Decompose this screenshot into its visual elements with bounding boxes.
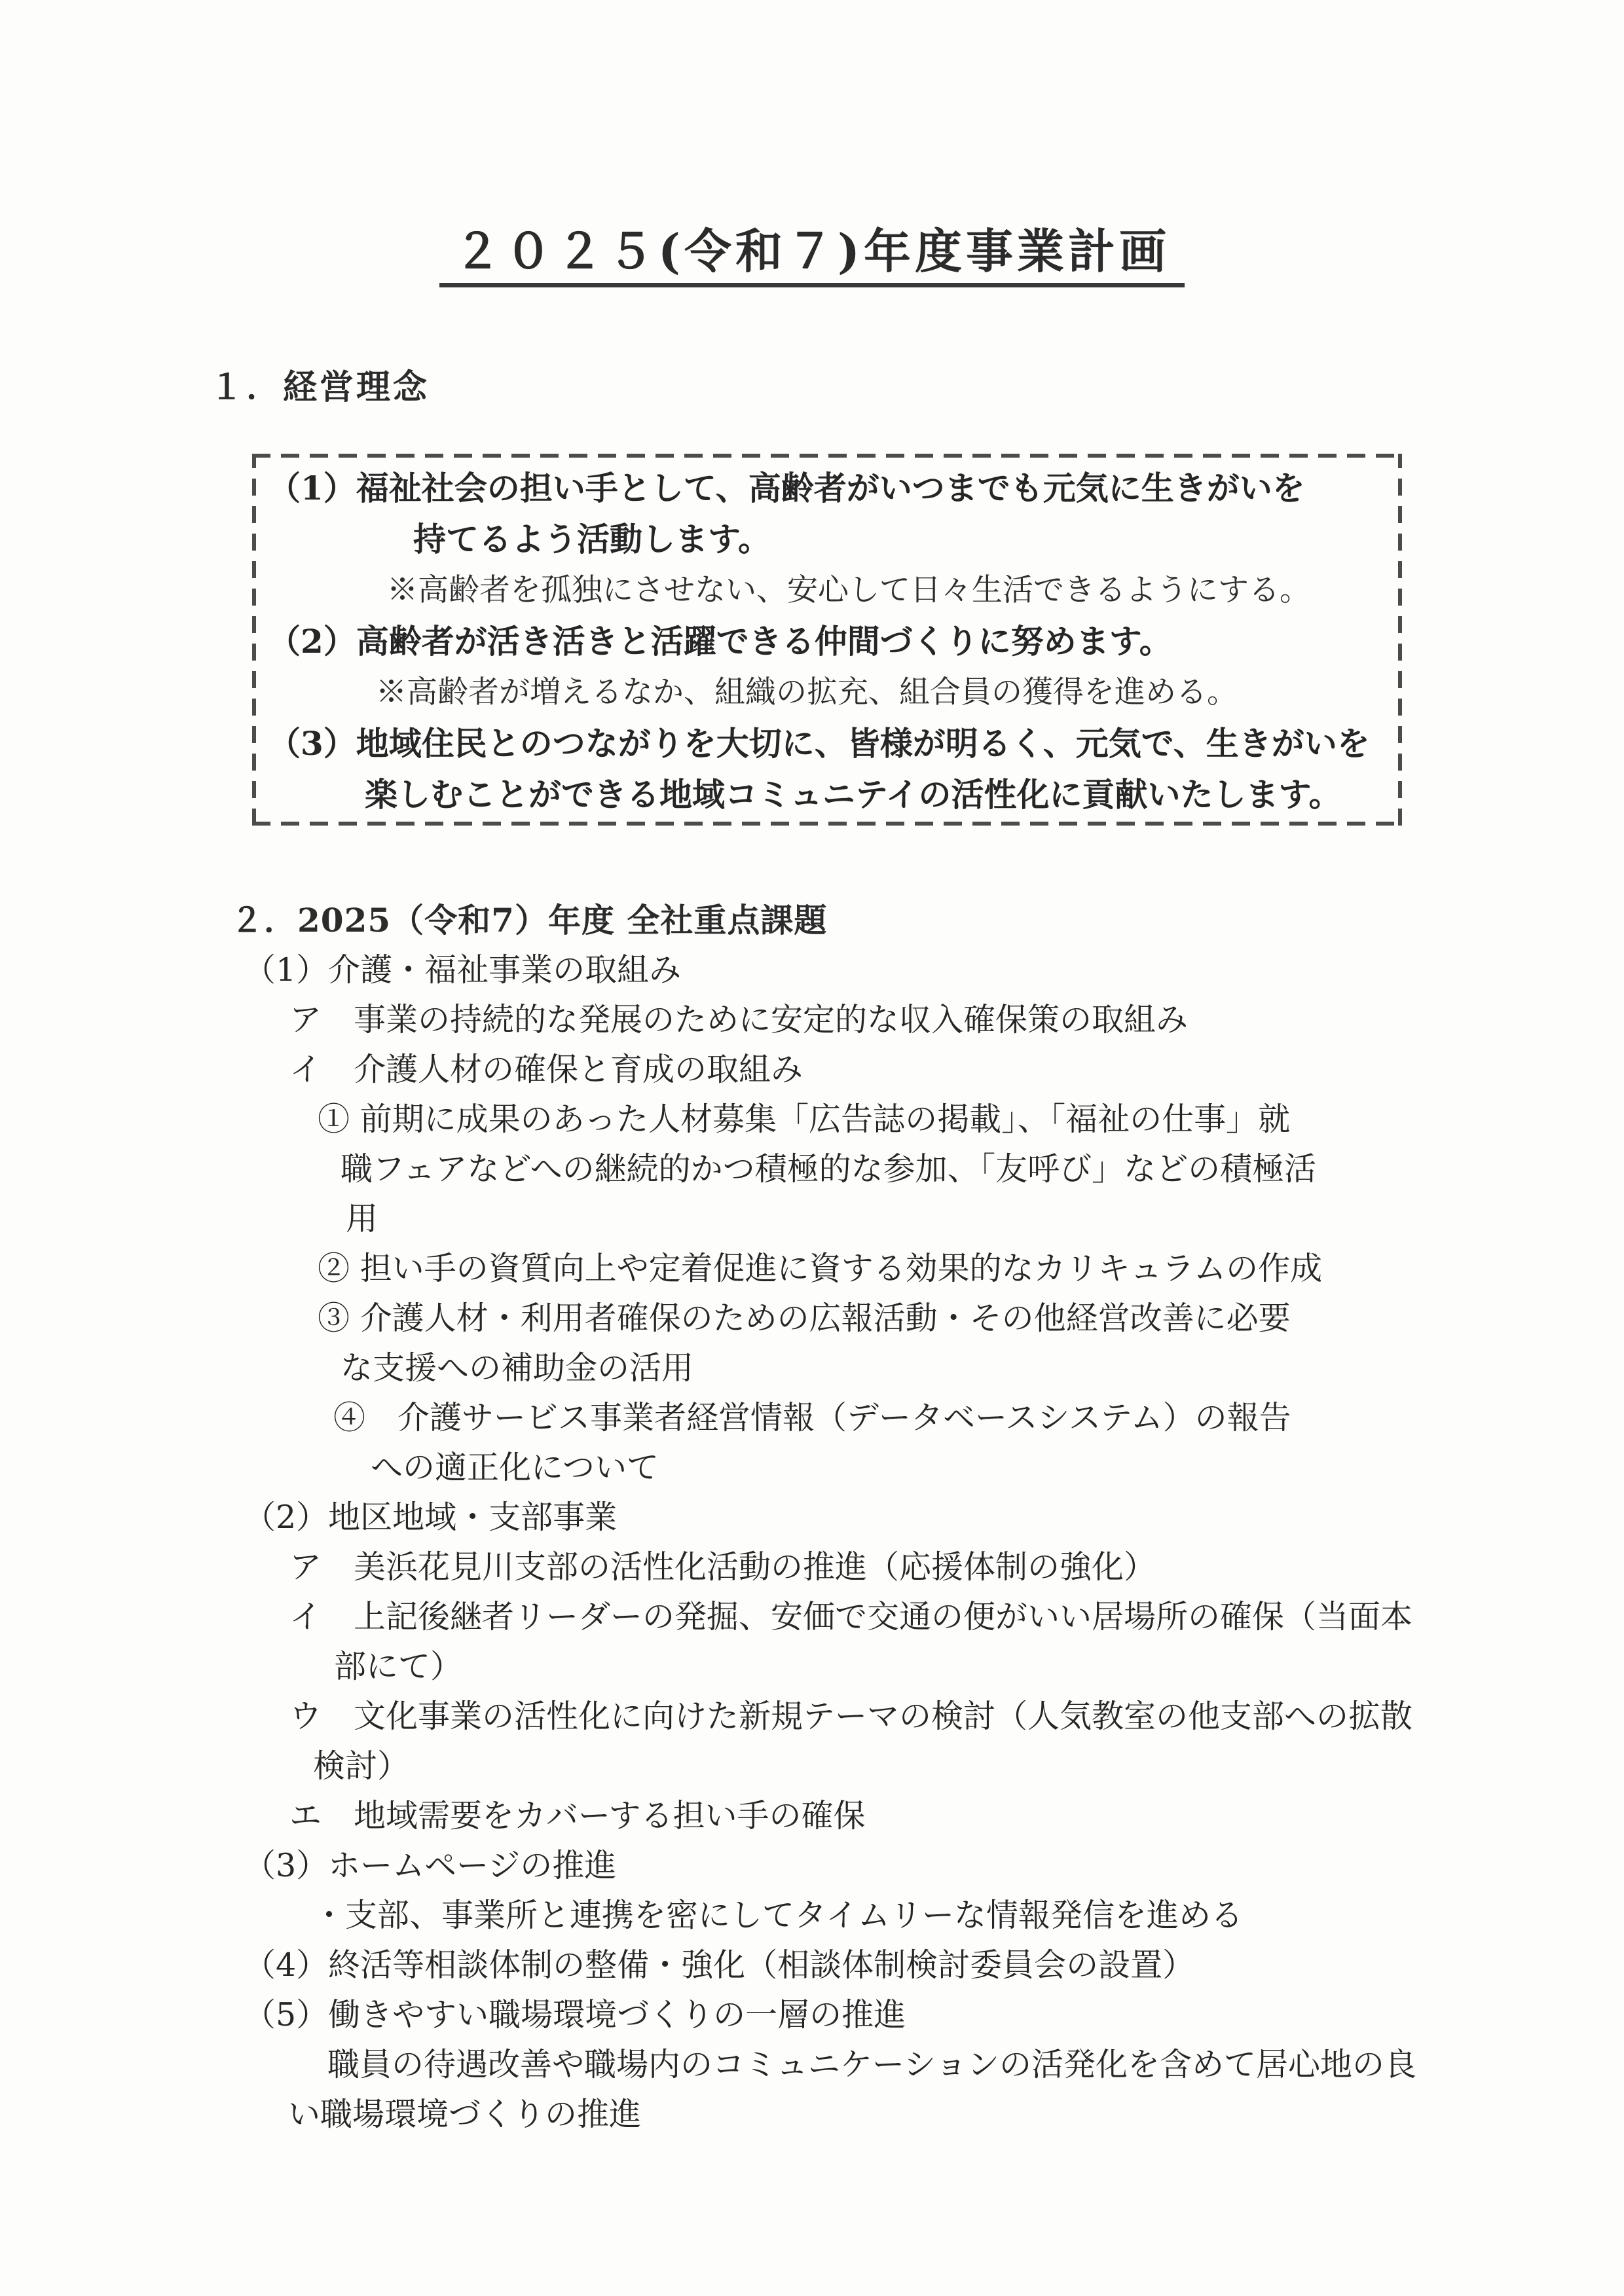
- principle-note: ※高齢者を孤独にさせない、安心して日々生活できるようにする。: [387, 565, 1402, 616]
- principle-line-wrap: 楽しむことができる地域コミュニテイの活性化に貢献いたします。: [365, 769, 1402, 820]
- plan-line: （1）介護・福祉事業の取組み: [244, 945, 1624, 995]
- plan-line-wrap: 職フェアなどへの継続的かつ積極的な参加、「友呼び」などの積極活: [341, 1144, 1624, 1194]
- section1-heading: １．経営理念: [210, 371, 430, 405]
- plan-line-wrap: 職員の待遇改善や職場内のコミュニケーションの活発化を含めて居心地の良: [327, 2040, 1624, 2090]
- principle-line: （3）地域住民とのつながりを大切に、皆様が明るく、元気で、生きがいを: [268, 718, 1402, 769]
- plan-line-wrap: 部にて）: [334, 1642, 1624, 1692]
- plan-line: ア 事業の持続的な発展のために安定的な収入確保策の取組み: [289, 995, 1624, 1045]
- principle-line-wrap: 持てるよう活動します。: [413, 514, 1402, 565]
- plan-line-wrap: ・支部、事業所と連携を密にしてタイムリーな情報発信を進める: [313, 1891, 1624, 1941]
- plan-line: ④ 介護サービス事業者経営情報（データベースシステム）の報告: [333, 1393, 1624, 1443]
- management-principles-box: （1）福祉社会の担い手として、高齢者がいつまでも元気に生きがいを 持てるよう活動…: [252, 454, 1402, 826]
- section2-heading: ２．2025（令和7）年度 全社重点課題: [231, 896, 1624, 945]
- plan-line-wrap: い職場環境づくりの推進: [288, 2090, 1624, 2140]
- plan-line: ③ 介護人材・利用者確保のための広報活動・その他経営改善に必要: [318, 1294, 1624, 1343]
- document-title: ２０２５(令和７)年度事業計画: [439, 228, 1185, 287]
- plan-line: ウ 文化事業の活性化に向けた新規テーマの検討（人気教室の他支部への拡散: [289, 1692, 1624, 1741]
- scanned-document-page: ２０２５(令和７)年度事業計画 １．経営理念 （1）福祉社会の担い手として、高齢…: [0, 0, 1624, 2296]
- plan-line: （2）地区地域・支部事業: [244, 1493, 1624, 1542]
- plan-line-wrap: 検討）: [313, 1741, 1624, 1791]
- principle-line: （1）福祉社会の担い手として、高齢者がいつまでも元気に生きがいを: [268, 463, 1402, 514]
- principle-line: （2）高齢者が活き活きと活躍できる仲間づくりに努めます。: [268, 616, 1402, 667]
- plan-line-wrap: な支援への補助金の活用: [341, 1343, 1624, 1393]
- plan-line: ア 美浜花見川支部の活性化活動の推進（応援体制の強化）: [289, 1542, 1624, 1592]
- plan-line: ② 担い手の資質向上や定着促進に資する効果的なカリキュラムの作成: [318, 1244, 1624, 1294]
- plan-line-wrap: 用: [346, 1194, 1624, 1244]
- plan-line: （4）終活等相談体制の整備・強化（相談体制検討委員会の設置）: [244, 1941, 1624, 1990]
- title-block: ２０２５(令和７)年度事業計画: [0, 228, 1624, 287]
- plan-line: ① 前期に成果のあった人材募集「広告誌の掲載」、「福祉の仕事」就: [318, 1095, 1624, 1144]
- plan-line-wrap: への適正化について: [371, 1443, 1624, 1493]
- plan-line: イ 介護人材の確保と育成の取組み: [289, 1045, 1624, 1095]
- plan-line: （5）働きやすい職場環境づくりの一層の推進: [244, 1990, 1624, 2040]
- plan-line: エ 地域需要をカバーする担い手の確保: [289, 1791, 1624, 1841]
- section2-block: ２．2025（令和7）年度 全社重点課題 （1）介護・福祉事業の取組み ア 事業…: [0, 896, 1624, 2140]
- principle-note: ※高齢者が増えるなか、組織の拡充、組合員の獲得を進める。: [376, 667, 1402, 718]
- plan-line: （3）ホームページの推進: [244, 1841, 1624, 1891]
- plan-line: イ 上記後継者リーダーの発掘、安価で交通の便がいい居場所の確保（当面本: [289, 1592, 1624, 1642]
